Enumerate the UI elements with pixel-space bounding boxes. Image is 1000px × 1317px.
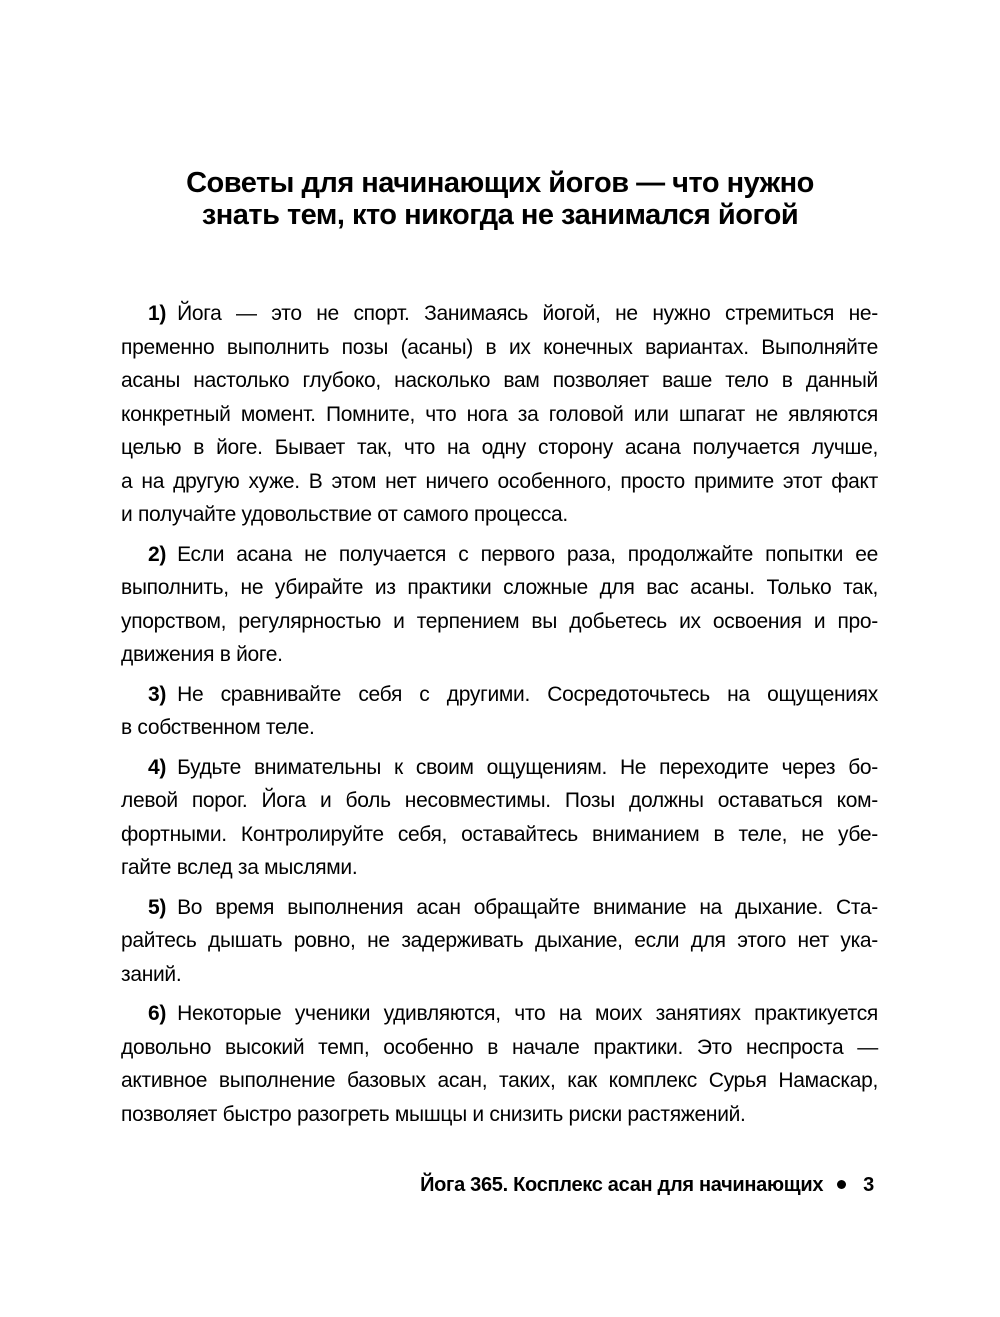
running-footer: Йога 365. Косплекс асан для начинающих3	[420, 1172, 874, 1198]
text-line: 6)Некоторые ученики удивляются, что на м…	[121, 997, 878, 1031]
paragraph-number: 2)	[148, 543, 166, 566]
paragraph: 4)Будьте внимательны к своим ощущениям. …	[121, 751, 878, 885]
paragraph: 2)Если асана не получается с первого раз…	[121, 538, 878, 672]
text-line: движения в йоге.	[121, 638, 878, 672]
text-line: упорством, регулярностью и терпением вы …	[121, 605, 878, 639]
text-line: в собственном теле.	[121, 711, 878, 745]
text-line: заний.	[121, 958, 878, 992]
text-line: асаны настолько глубоко, насколько вам п…	[121, 364, 878, 398]
text-line: 4)Будьте внимательны к своим ощущениям. …	[121, 751, 878, 785]
text-line: райтесь дышать ровно, не задерживать дых…	[121, 924, 878, 958]
paragraph-number: 5)	[148, 896, 166, 919]
book-page: Советы для начинающих йогов — что нужно …	[0, 0, 1000, 1317]
text-line: а на другую хуже. В этом нет ничего особ…	[121, 465, 878, 499]
text-line: левой порог. Йога и боль несовместимы. П…	[121, 784, 878, 818]
text-line: 5)Во время выполнения асан обращайте вни…	[121, 891, 878, 925]
text-line: позволяет быстро разогреть мышцы и снизи…	[121, 1098, 878, 1132]
page-title-line-2: знать тем, кто никогда не занимался його…	[0, 199, 1000, 231]
text-line: 3)Не сравнивайте себя с другими. Сосредо…	[121, 678, 878, 712]
paragraph-number: 4)	[148, 756, 166, 779]
paragraph-number: 6)	[148, 1002, 166, 1025]
text-line: довольно высокий темп, особенно в начале…	[121, 1031, 878, 1065]
paragraph: 5)Во время выполнения асан обращайте вни…	[121, 891, 878, 992]
bullet-circle-icon	[837, 1180, 846, 1189]
paragraph: 6)Некоторые ученики удивляются, что на м…	[121, 997, 878, 1131]
text-line: пременно выполнить позы (асаны) в их кон…	[121, 331, 878, 365]
paragraph: 1)Йога — это не спорт. Занимаясь йогой, …	[121, 297, 878, 532]
page-title: Советы для начинающих йогов — что нужно …	[0, 167, 1000, 231]
text-line: и получайте удовольствие от самого проце…	[121, 498, 878, 532]
text-line: 1)Йога — это не спорт. Занимаясь йогой, …	[121, 297, 878, 331]
text-line: активное выполнение базовых асан, таких,…	[121, 1064, 878, 1098]
text-line: выполнить, не убирайте из практики сложн…	[121, 571, 878, 605]
text-line: конкретный момент. Помните, что нога за …	[121, 398, 878, 432]
text-line: целью в йоге. Бывает так, что на одну ст…	[121, 431, 878, 465]
footer-book-title: Йога 365. Косплекс асан для начинающих	[420, 1174, 823, 1196]
page-title-line-1: Советы для начинающих йогов — что нужно	[0, 167, 1000, 199]
body-text: 1)Йога — это не спорт. Занимаясь йогой, …	[121, 297, 878, 1137]
paragraph: 3)Не сравнивайте себя с другими. Сосредо…	[121, 678, 878, 745]
paragraph-number: 1)	[148, 302, 166, 325]
text-line: фортными. Контролируйте себя, оставайтес…	[121, 818, 878, 852]
text-line: 2)Если асана не получается с первого раз…	[121, 538, 878, 572]
text-line: гайте вслед за мыслями.	[121, 851, 878, 885]
paragraph-number: 3)	[148, 683, 166, 706]
footer-page-number: 3	[863, 1174, 874, 1196]
